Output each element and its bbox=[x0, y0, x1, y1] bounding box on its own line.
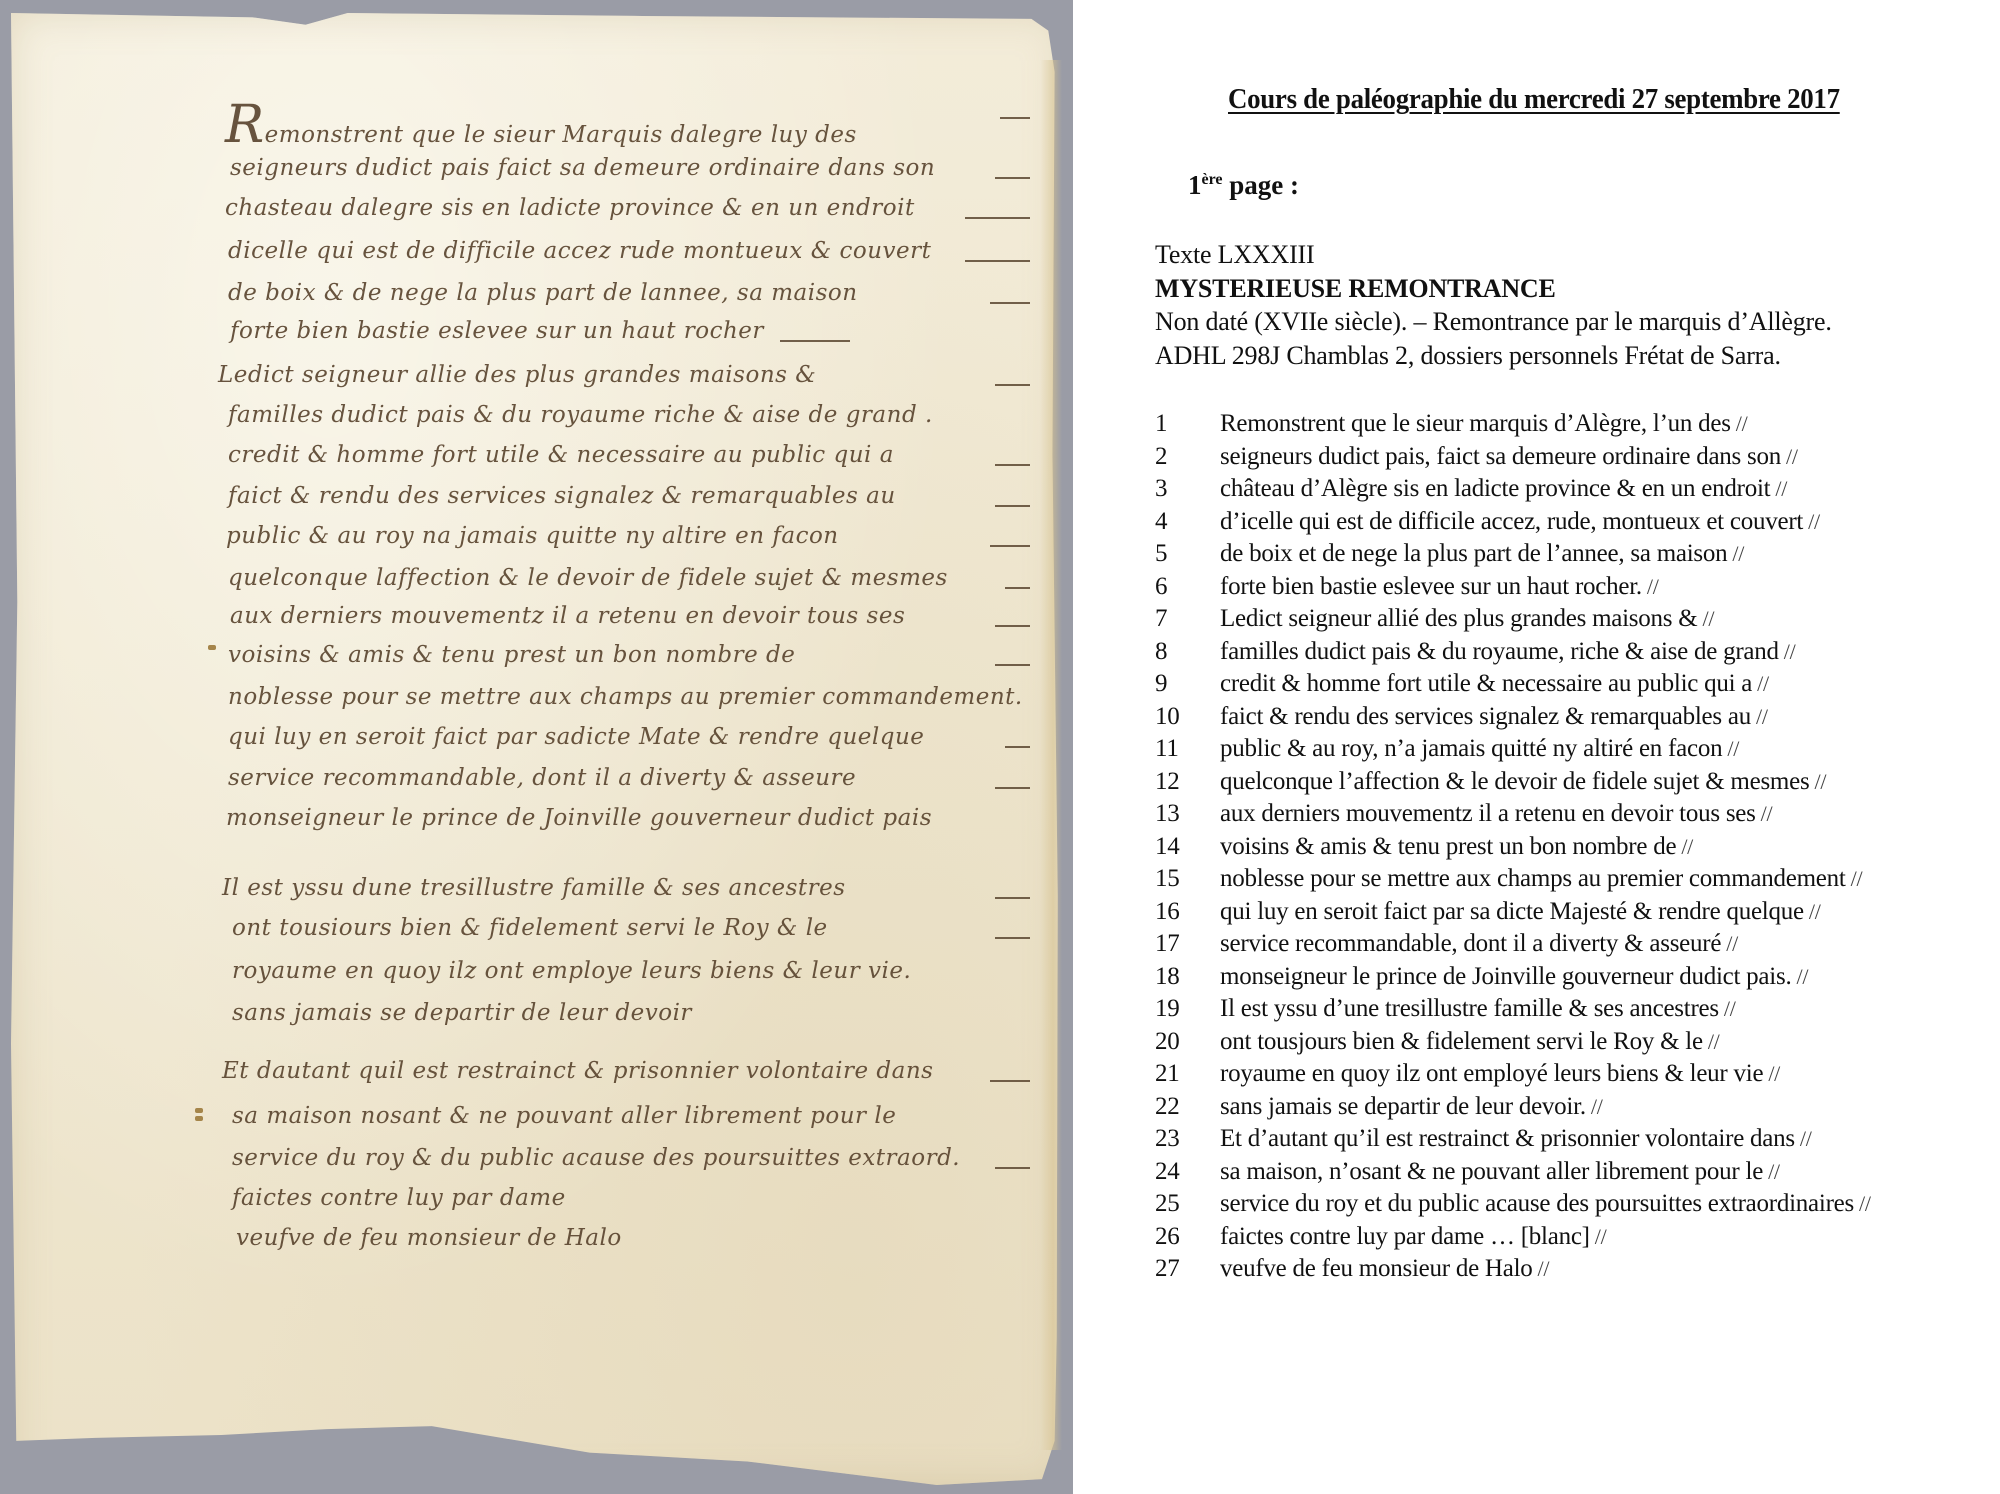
line-number: 17 bbox=[1155, 930, 1180, 958]
transcription-line: 24sa maison, n’osant & ne pouvant aller … bbox=[1073, 1158, 2000, 1190]
transcription-line: 2seigneurs dudict pais, faict sa demeure… bbox=[1073, 443, 2000, 475]
transcription-line: 12quelconque l’affection & le devoir de … bbox=[1073, 768, 2000, 800]
line-filler-dash bbox=[995, 897, 1030, 899]
line-filler-dash bbox=[1000, 117, 1030, 119]
line-number: 1 bbox=[1155, 410, 1167, 438]
transcription-line: 6forte bien bastie eslevee sur un haut r… bbox=[1073, 573, 2000, 605]
line-text: forte bien bastie eslevee sur un haut ro… bbox=[1220, 573, 1659, 601]
line-content: Ledict seigneur allié des plus grandes m… bbox=[1220, 605, 1697, 632]
line-content: de boix et de nege la plus part de l’ann… bbox=[1220, 540, 1727, 567]
line-filler-dash bbox=[1005, 587, 1030, 589]
handwritten-line: chasteau dalegre sis en ladicte province… bbox=[225, 195, 915, 221]
line-text: faictes contre luy par dame … [blanc]// bbox=[1220, 1223, 1606, 1251]
line-text: aux derniers mouvementz il a retenu en d… bbox=[1220, 800, 1772, 828]
line-text: ont tousjours bien & fidelement servi le… bbox=[1220, 1028, 1720, 1056]
line-content: quelconque l’affection & le devoir de fi… bbox=[1220, 768, 1809, 795]
line-text: royaume en quoy ilz ont employé leurs bi… bbox=[1220, 1060, 1780, 1088]
handwritten-line: de boix & de nege la plus part de lannee… bbox=[228, 280, 858, 306]
line-separator: // bbox=[1768, 1061, 1780, 1086]
line-separator: // bbox=[1786, 444, 1798, 469]
handwritten-line: voisins & amis & tenu prest un bon nombr… bbox=[228, 642, 795, 668]
handwritten-line: service recommandable, dont il a diverty… bbox=[228, 765, 856, 791]
line-separator: // bbox=[1647, 574, 1659, 599]
line-filler-dash bbox=[995, 625, 1030, 627]
line-number: 20 bbox=[1155, 1028, 1180, 1056]
transcription-line: 4d’icelle qui est de difficile accez, ru… bbox=[1073, 508, 2000, 540]
line-number: 13 bbox=[1155, 800, 1180, 828]
handwritten-line: familles dudict pais & du royaume riche … bbox=[228, 402, 933, 428]
course-title: Cours de paléographie du mercredi 27 sep… bbox=[1228, 84, 1840, 116]
line-number: 15 bbox=[1155, 865, 1180, 893]
transcription-line: 5de boix et de nege la plus part de l’an… bbox=[1073, 540, 2000, 572]
handwritten-line: monseigneur le prince de Joinville gouve… bbox=[226, 805, 932, 831]
page-label: 1ère page : bbox=[1188, 170, 1299, 201]
handwritten-line: credit & homme fort utile & necessaire a… bbox=[228, 442, 894, 468]
line-separator: // bbox=[1756, 704, 1768, 729]
margin-mark bbox=[195, 1108, 203, 1113]
line-number: 9 bbox=[1155, 670, 1167, 698]
transcription-line: 14voisins & amis & tenu prest un bon nom… bbox=[1073, 833, 2000, 865]
transcription-line: 16qui luy en seroit faict par sa dicte M… bbox=[1073, 898, 2000, 930]
line-separator: // bbox=[1736, 411, 1748, 436]
page-label-suffix: ère bbox=[1202, 171, 1223, 188]
line-content: château d’Alègre sis en ladicte province… bbox=[1220, 475, 1770, 502]
transcription-line: 25service du roy et du public acause des… bbox=[1073, 1190, 2000, 1222]
line-filler-dash bbox=[995, 177, 1030, 179]
line-content: service du roy et du public acause des p… bbox=[1220, 1190, 1854, 1217]
line-number: 7 bbox=[1155, 605, 1167, 633]
transcription-line: 27veufve de feu monsieur de Halo// bbox=[1073, 1255, 2000, 1287]
transcription-line: 7Ledict seigneur allié des plus grandes … bbox=[1073, 605, 2000, 637]
margin-mark bbox=[208, 645, 216, 650]
line-content: aux derniers mouvementz il a retenu en d… bbox=[1220, 800, 1756, 827]
line-number: 27 bbox=[1155, 1255, 1180, 1283]
line-text: seigneurs dudict pais, faict sa demeure … bbox=[1220, 443, 1798, 471]
line-content: forte bien bastie eslevee sur un haut ro… bbox=[1220, 573, 1642, 600]
transcription-line: 13aux derniers mouvementz il a retenu en… bbox=[1073, 800, 2000, 832]
line-separator: // bbox=[1681, 834, 1693, 859]
line-separator: // bbox=[1768, 1159, 1780, 1184]
line-filler-dash bbox=[995, 787, 1030, 789]
handwritten-line: Remonstrent que le sieur Marquis dalegre… bbox=[225, 95, 857, 155]
handwritten-line: sans jamais se departir de leur devoir bbox=[232, 1000, 692, 1026]
line-content: royaume en quoy ilz ont employé leurs bi… bbox=[1220, 1060, 1763, 1087]
line-number: 10 bbox=[1155, 703, 1180, 731]
handwritten-line: forte bien bastie eslevee sur un haut ro… bbox=[230, 318, 764, 344]
line-filler-dash bbox=[995, 937, 1030, 939]
line-separator: // bbox=[1814, 769, 1826, 794]
line-text: Et d’autant qu’il est restrainct & priso… bbox=[1220, 1125, 1812, 1153]
line-text: d’icelle qui est de difficile accez, rud… bbox=[1220, 508, 1820, 536]
handwritten-line: Et dautant quil est restrainct & prisonn… bbox=[222, 1058, 933, 1084]
transcription-line: 15noblesse pour se mettre aux champs au … bbox=[1073, 865, 2000, 897]
line-text: public & au roy, n’a jamais quitté ny al… bbox=[1220, 735, 1739, 763]
parchment-edge bbox=[1040, 60, 1062, 1450]
line-separator: // bbox=[1761, 801, 1773, 826]
line-separator: // bbox=[1796, 964, 1808, 989]
line-text: veufve de feu monsieur de Halo// bbox=[1220, 1255, 1549, 1283]
line-content: seigneurs dudict pais, faict sa demeure … bbox=[1220, 443, 1781, 470]
line-number: 8 bbox=[1155, 638, 1167, 666]
line-number: 12 bbox=[1155, 768, 1180, 796]
line-text: service recommandable, dont il a diverty… bbox=[1220, 930, 1738, 958]
line-separator: // bbox=[1808, 509, 1820, 534]
transcription-line: 19Il est yssu d’une tresillustre famille… bbox=[1073, 995, 2000, 1027]
line-filler-dash bbox=[990, 545, 1030, 547]
line-separator: // bbox=[1757, 671, 1769, 696]
line-number: 23 bbox=[1155, 1125, 1180, 1153]
line-filler-dash bbox=[995, 505, 1030, 507]
line-number: 2 bbox=[1155, 443, 1167, 471]
line-filler-dash bbox=[995, 464, 1030, 466]
line-filler-dash bbox=[995, 1167, 1030, 1169]
line-content: sa maison, n’osant & ne pouvant aller li… bbox=[1220, 1158, 1763, 1185]
manuscript-photograph: Remonstrent que le sieur Marquis dalegre… bbox=[0, 0, 1073, 1494]
line-content: familles dudict pais & du royaume, riche… bbox=[1220, 638, 1779, 665]
line-content: faictes contre luy par dame … [blanc] bbox=[1220, 1223, 1590, 1250]
transcription-line: 26faictes contre luy par dame … [blanc]/… bbox=[1073, 1223, 2000, 1255]
line-number: 18 bbox=[1155, 963, 1180, 991]
line-filler-dash bbox=[995, 384, 1030, 386]
handwritten-line: ont tousiours bien & fidelement servi le… bbox=[232, 915, 828, 941]
line-content: ont tousjours bien & fidelement servi le… bbox=[1220, 1028, 1703, 1055]
transcription-line: 21royaume en quoy ilz ont employé leurs … bbox=[1073, 1060, 2000, 1092]
transcription-line: 20ont tousjours bien & fidelement servi … bbox=[1073, 1028, 2000, 1060]
line-text: quelconque l’affection & le devoir de fi… bbox=[1220, 768, 1826, 796]
line-content: qui luy en seroit faict par sa dicte Maj… bbox=[1220, 898, 1804, 925]
line-text: Remonstrent que le sieur marquis d’Alègr… bbox=[1220, 410, 1747, 438]
transcription-line: 1Remonstrent que le sieur marquis d’Alèg… bbox=[1073, 410, 2000, 442]
handwritten-line: royaume en quoy ilz ont employe leurs bi… bbox=[232, 958, 911, 984]
handwritten-line: veufve de feu monsieur de Halo bbox=[236, 1225, 622, 1251]
line-text: noblesse pour se mettre aux champs au pr… bbox=[1220, 865, 1862, 893]
line-content: Et d’autant qu’il est restrainct & priso… bbox=[1220, 1125, 1795, 1152]
line-text: sans jamais se departir de leur devoir./… bbox=[1220, 1093, 1603, 1121]
line-content: credit & homme fort utile & necessaire a… bbox=[1220, 670, 1752, 697]
line-filler-dash bbox=[780, 340, 850, 342]
line-filler-dash bbox=[965, 217, 1030, 219]
handwritten-line: Ledict seigneur allie des plus grandes m… bbox=[218, 362, 816, 388]
line-number: 19 bbox=[1155, 995, 1180, 1023]
line-filler-dash bbox=[965, 260, 1030, 262]
transcription-line: 10faict & rendu des services signalez & … bbox=[1073, 703, 2000, 735]
line-separator: // bbox=[1726, 931, 1738, 956]
line-text: voisins & amis & tenu prest un bon nombr… bbox=[1220, 833, 1693, 861]
line-content: Il est yssu d’une tresillustre famille &… bbox=[1220, 995, 1719, 1022]
line-content: sans jamais se departir de leur devoir. bbox=[1220, 1093, 1586, 1120]
line-number: 24 bbox=[1155, 1158, 1180, 1186]
line-number: 21 bbox=[1155, 1060, 1180, 1088]
line-content: monseigneur le prince de Joinville gouve… bbox=[1220, 963, 1791, 990]
handwritten-line: faictes contre luy par dame bbox=[232, 1185, 566, 1211]
line-number: 6 bbox=[1155, 573, 1167, 601]
handwritten-line: aux derniers mouvementz il a retenu en d… bbox=[230, 603, 905, 629]
line-separator: // bbox=[1724, 996, 1736, 1021]
line-text: monseigneur le prince de Joinville gouve… bbox=[1220, 963, 1808, 991]
line-filler-dash bbox=[995, 664, 1030, 666]
line-filler-dash bbox=[990, 302, 1030, 304]
page-label-rest: page : bbox=[1223, 170, 1300, 200]
transcription-line: 3château d’Alègre sis en ladicte provinc… bbox=[1073, 475, 2000, 507]
transcription-document: Cours de paléographie du mercredi 27 sep… bbox=[1073, 0, 2000, 1494]
line-separator: // bbox=[1859, 1191, 1871, 1216]
handwritten-line: dicelle qui est de difficile accez rude … bbox=[228, 238, 931, 264]
margin-mark bbox=[195, 1116, 203, 1121]
line-separator: // bbox=[1708, 1029, 1720, 1054]
handwritten-line: public & au roy na jamais quitte ny alti… bbox=[226, 523, 839, 549]
handwritten-line: faict & rendu des services signalez & re… bbox=[228, 483, 896, 509]
handwritten-line: service du roy & du public acause des po… bbox=[232, 1145, 960, 1171]
line-number: 5 bbox=[1155, 540, 1167, 568]
line-separator: // bbox=[1732, 541, 1744, 566]
document-heading: MYSTERIEUSE REMONTRANCE bbox=[1155, 274, 1556, 304]
transcription-line: 22sans jamais se departir de leur devoir… bbox=[1073, 1093, 2000, 1125]
line-number: 3 bbox=[1155, 475, 1167, 503]
handwritten-line: Il est yssu dune tresillustre famille & … bbox=[222, 875, 846, 901]
line-separator: // bbox=[1851, 866, 1863, 891]
line-content: Remonstrent que le sieur marquis d’Alègr… bbox=[1220, 410, 1731, 437]
transcription-line: 9credit & homme fort utile & necessaire … bbox=[1073, 670, 2000, 702]
line-number: 14 bbox=[1155, 833, 1180, 861]
line-text: familles dudict pais & du royaume, riche… bbox=[1220, 638, 1795, 666]
handwritten-line: qui luy en seroit faict par sadicte Mate… bbox=[228, 724, 924, 750]
line-number: 26 bbox=[1155, 1223, 1180, 1251]
transcription-line: 11public & au roy, n’a jamais quitté ny … bbox=[1073, 735, 2000, 767]
line-separator: // bbox=[1538, 1256, 1550, 1281]
transcription-line: 8familles dudict pais & du royaume, rich… bbox=[1073, 638, 2000, 670]
handwritten-line: sa maison nosant & ne pouvant aller libr… bbox=[232, 1103, 896, 1129]
line-separator: // bbox=[1727, 736, 1739, 761]
handwritten-line: quelconque laffection & le devoir de fid… bbox=[228, 565, 948, 591]
line-separator: // bbox=[1591, 1094, 1603, 1119]
line-text: de boix et de nege la plus part de l’ann… bbox=[1220, 540, 1744, 568]
line-filler-dash bbox=[990, 1080, 1030, 1082]
transcription-line: 23Et d’autant qu’il est restrainct & pri… bbox=[1073, 1125, 2000, 1157]
line-filler-dash bbox=[1005, 746, 1030, 748]
handwritten-line: noblesse pour se mettre aux champs au pr… bbox=[228, 684, 1023, 710]
line-content: voisins & amis & tenu prest un bon nombr… bbox=[1220, 833, 1676, 860]
line-text: château d’Alègre sis en ladicte province… bbox=[1220, 475, 1787, 503]
text-number: Texte LXXXIII bbox=[1155, 240, 1314, 270]
line-content: veufve de feu monsieur de Halo bbox=[1220, 1255, 1533, 1282]
line-text: faict & rendu des services signalez & re… bbox=[1220, 703, 1768, 731]
line-number: 4 bbox=[1155, 508, 1167, 536]
line-text: Ledict seigneur allié des plus grandes m… bbox=[1220, 605, 1714, 633]
line-number: 11 bbox=[1155, 735, 1179, 763]
handwritten-line: seigneurs dudict pais faict sa demeure o… bbox=[230, 155, 935, 181]
line-text: qui luy en seroit faict par sa dicte Maj… bbox=[1220, 898, 1821, 926]
line-content: noblesse pour se mettre aux champs au pr… bbox=[1220, 865, 1846, 892]
line-text: service du roy et du public acause des p… bbox=[1220, 1190, 1871, 1218]
line-number: 16 bbox=[1155, 898, 1180, 926]
date-description: Non daté (XVIIe siècle). – Remontrance p… bbox=[1155, 307, 1832, 337]
line-number: 25 bbox=[1155, 1190, 1180, 1218]
transcription-line: 18monseigneur le prince de Joinville gou… bbox=[1073, 963, 2000, 995]
archive-reference: ADHL 298J Chamblas 2, dossiers personnel… bbox=[1155, 341, 1781, 371]
line-number: 22 bbox=[1155, 1093, 1180, 1121]
line-text: credit & homme fort utile & necessaire a… bbox=[1220, 670, 1769, 698]
line-text: Il est yssu d’une tresillustre famille &… bbox=[1220, 995, 1736, 1023]
line-separator: // bbox=[1784, 639, 1796, 664]
line-separator: // bbox=[1800, 1126, 1812, 1151]
transcription-line: 17service recommandable, dont il a diver… bbox=[1073, 930, 2000, 962]
line-content: service recommandable, dont il a diverty… bbox=[1220, 930, 1721, 957]
line-separator: // bbox=[1809, 899, 1821, 924]
line-separator: // bbox=[1595, 1224, 1607, 1249]
line-separator: // bbox=[1775, 476, 1787, 501]
line-content: public & au roy, n’a jamais quitté ny al… bbox=[1220, 735, 1722, 762]
line-separator: // bbox=[1702, 606, 1714, 631]
line-content: d’icelle qui est de difficile accez, rud… bbox=[1220, 508, 1803, 535]
page-label-number: 1 bbox=[1188, 170, 1202, 200]
line-text: sa maison, n’osant & ne pouvant aller li… bbox=[1220, 1158, 1780, 1186]
line-content: faict & rendu des services signalez & re… bbox=[1220, 703, 1751, 730]
